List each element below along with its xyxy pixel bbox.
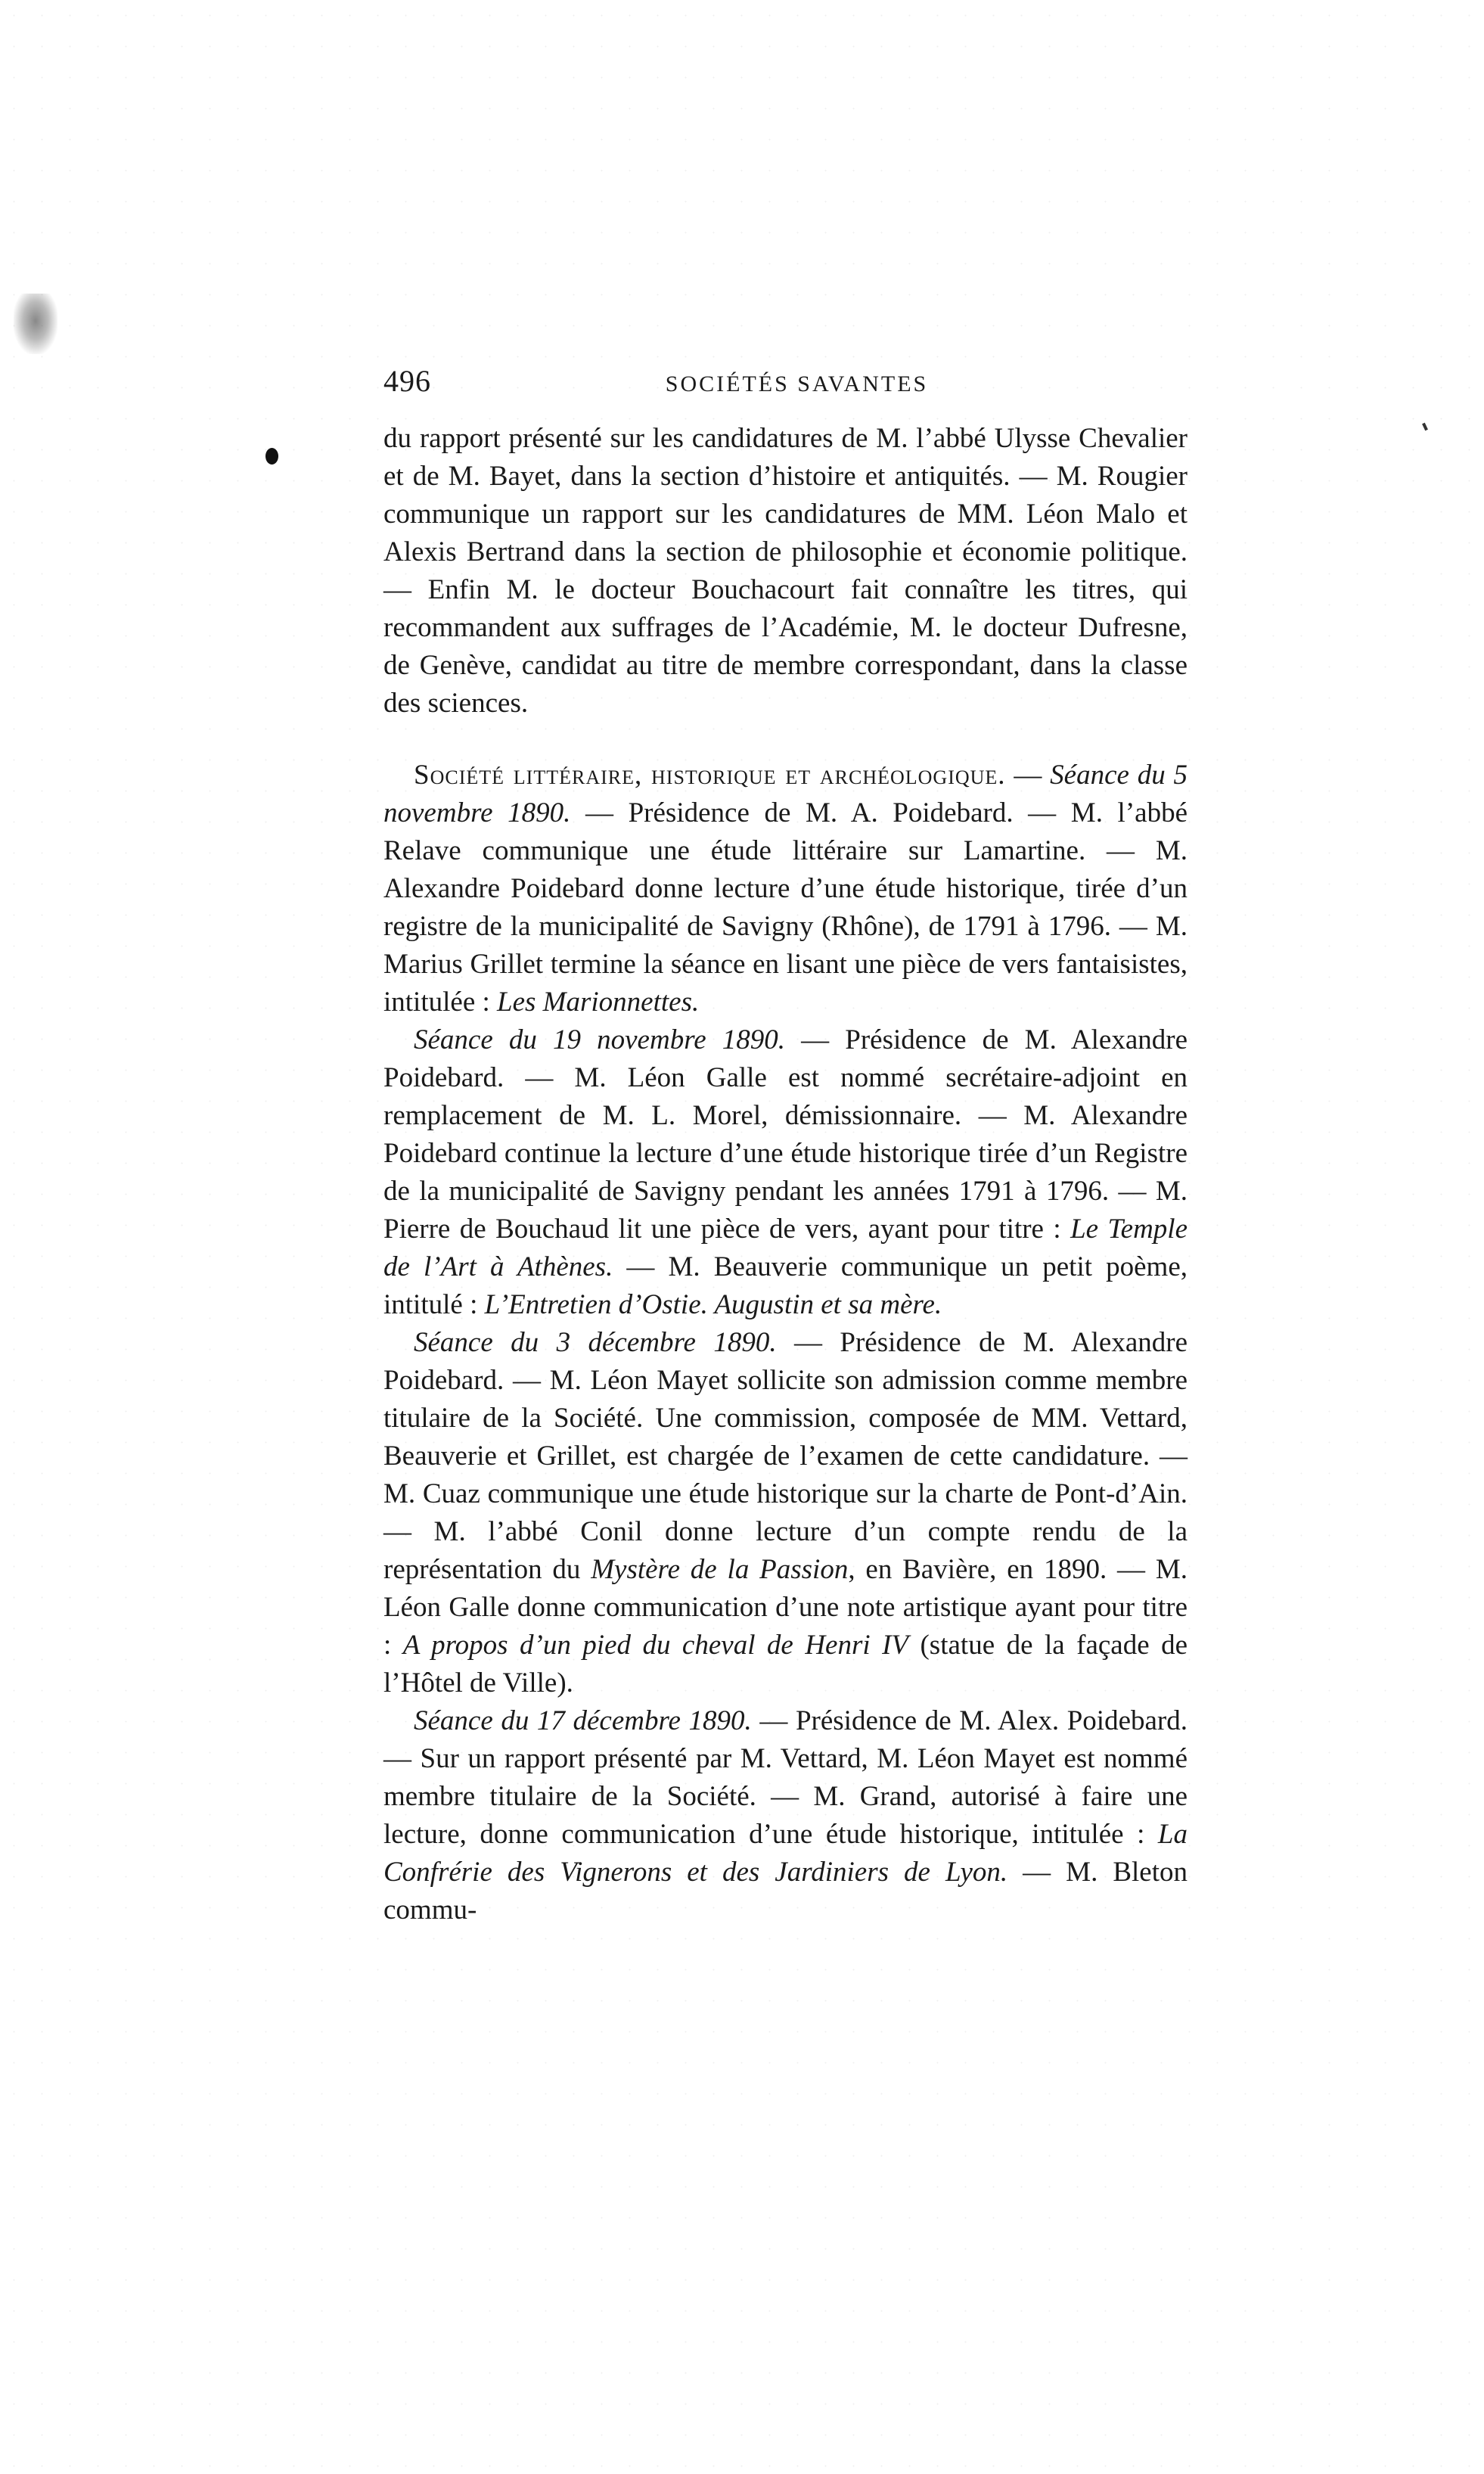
- text-run: — Présidence de M. Alexandre Poidebard. …: [383, 1024, 1188, 1245]
- scanned-page: 496 Sociétés savantes du rapport présent…: [0, 0, 1484, 2474]
- italic-run: L’Entretien d’Ostie. Augustin et sa mère…: [485, 1289, 942, 1320]
- text-run: — Présidence de M. Alexandre Poidebard. …: [383, 1327, 1188, 1585]
- italic-run: Les Marionnettes.: [497, 987, 699, 1018]
- scan-speckle-artifact: [14, 294, 57, 354]
- italic-run: Mystère de la Passion: [591, 1554, 848, 1585]
- paragraph: Séance du 3 décembre 1890. — Présidence …: [383, 1324, 1188, 1702]
- ink-dot-artifact: [265, 448, 278, 465]
- running-title: Sociétés savantes: [383, 363, 1188, 406]
- paragraph: du rapport présenté sur les candidatures…: [383, 420, 1188, 723]
- running-head: 496 Sociétés savantes: [383, 360, 1188, 402]
- paragraph: Société littéraire, historique et archéo…: [383, 757, 1188, 1021]
- italic-run: Séance du 3 décembre 1890.: [414, 1327, 777, 1358]
- margin-mark-artifact: [1422, 423, 1428, 431]
- italic-run: A propos d’un pied du cheval de Henri IV: [403, 1630, 908, 1661]
- italic-run: Séance du 17 décembre 1890.: [414, 1705, 752, 1736]
- society-name: Société littéraire, historique et archéo…: [414, 760, 1006, 791]
- paragraph: Séance du 17 décembre 1890. — Présidence…: [383, 1702, 1188, 1929]
- italic-run: Séance du 19 novembre 1890.: [414, 1024, 785, 1055]
- body-text: du rapport présenté sur les candidatures…: [383, 420, 1188, 1929]
- text-run: du rapport présenté sur les candidatures…: [383, 423, 1188, 719]
- text-run: —: [1006, 760, 1051, 791]
- text-run: — Présidence de M. A. Poidebard. — M. l’…: [383, 797, 1188, 1018]
- paragraph: Séance du 19 novembre 1890. — Présidence…: [383, 1021, 1188, 1324]
